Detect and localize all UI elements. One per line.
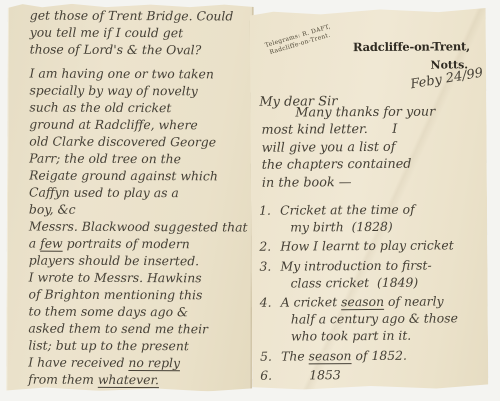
handwriting-line: from them whatever.	[28, 371, 248, 389]
handwriting-line: who took part in it.	[281, 327, 488, 346]
chapter-list: 1. Cricket at the time of my birth (1828…	[259, 200, 488, 401]
handwriting-line: 1853	[281, 365, 488, 384]
handwriting-line: to them some days ago &	[28, 303, 248, 321]
handwriting-line: asked them to send me their	[28, 320, 248, 338]
list-item: 3. My introduction to first- class crick…	[259, 256, 487, 292]
handwriting-line: Messrs. Blackwood suggested that	[29, 218, 249, 236]
list-number: 3.	[259, 257, 280, 292]
handwriting-line: I am having one or two taken	[30, 65, 250, 83]
letter-photo: get those of Trent Bridge. Could you tel…	[0, 0, 500, 401]
telegrams-stamp: Telegrams: R. DAFT, Radcliffe-on-Trent.	[256, 21, 343, 60]
handwriting-line: class cricket (1849)	[281, 273, 488, 292]
handwriting-line: will give you a list of	[262, 138, 485, 157]
underlined-word: season	[309, 348, 352, 363]
handwriting-line: specially by way of novelty	[29, 82, 249, 100]
handwriting-line: I wrote to Messrs. Hawkins	[29, 269, 249, 287]
handwriting-line: I have received no reply	[28, 354, 248, 372]
handwriting-line: such as the old cricket	[29, 99, 249, 117]
right-page-body: Many thanks for your most kind letter. I…	[261, 103, 485, 192]
list-number: 1.	[259, 202, 280, 237]
underlined-word: whatever.	[98, 372, 159, 387]
handwriting-line: Reigate ground against which	[29, 167, 249, 185]
handwriting-line: those of Lord's & the Oval?	[30, 41, 250, 59]
handwriting-line: Cricket at the time of	[280, 200, 487, 219]
handwriting-line: you tell me if I could get	[30, 24, 250, 42]
list-number: 4.	[260, 294, 281, 346]
handwriting-line: 1854	[281, 384, 488, 401]
handwriting-line: players should be inserted.	[29, 252, 249, 270]
list-number: 5.	[260, 347, 281, 364]
handwriting-line: old Clarke discovered George	[29, 133, 249, 151]
underlined-word: few	[40, 236, 63, 251]
handwriting-line: of Brighton mentioning this	[29, 286, 249, 304]
list-item: 6. 1853	[260, 365, 488, 384]
handwriting-line: Parr; the old tree on the	[29, 150, 249, 168]
right-page: Telegrams: R. DAFT, Radcliffe-on-Trent. …	[250, 7, 489, 390]
handwriting-line: most kind letter. I	[261, 121, 484, 140]
handwriting-line: my birth (1828)	[280, 217, 487, 236]
handwriting-line: Caffyn used to play as a	[29, 184, 249, 202]
handwriting-line: half a century ago & those	[281, 309, 488, 328]
list-number: 2.	[259, 238, 280, 255]
letterhead-town: Radcliffe-on-Trent,	[353, 39, 470, 54]
handwriting-line: get those of Trent Bridge. Could	[30, 7, 250, 25]
handwriting-line: The season of 1852.	[281, 346, 488, 365]
underlined-word: season	[341, 294, 384, 309]
handwriting-line: boy, &c	[29, 201, 249, 219]
handwriting-line: ground at Radcliffe, where	[29, 116, 249, 134]
handwriting-line: My introduction to first-	[280, 256, 487, 275]
handwriting-line: a few portraits of modern	[29, 235, 249, 253]
underlined-word: no reply	[128, 355, 180, 370]
handwriting-line: in the book —	[262, 173, 485, 192]
handwriting-line: Many thanks for your	[261, 103, 484, 122]
list-item: 2. How I learnt to play cricket	[259, 237, 487, 256]
left-page: get those of Trent Bridge. Could you tel…	[6, 2, 254, 391]
list-item: 5. The season of 1852.	[260, 346, 488, 365]
list-number: 6.	[260, 366, 281, 383]
handwriting-line: How I learnt to play cricket	[280, 237, 487, 256]
handwriting-line: the chapters contained	[262, 155, 485, 174]
handwriting-line: A cricket season of nearly	[281, 292, 488, 311]
list-number: 7.	[260, 386, 281, 401]
left-page-text: get those of Trent Bridge. Could you tel…	[28, 7, 250, 389]
list-item: 7. 1854	[260, 384, 488, 401]
list-item: 4. A cricket season of nearly half a cen…	[260, 292, 488, 345]
handwriting-line: list; but up to the present	[28, 337, 248, 355]
list-item: 1. Cricket at the time of my birth (1828…	[259, 200, 487, 236]
